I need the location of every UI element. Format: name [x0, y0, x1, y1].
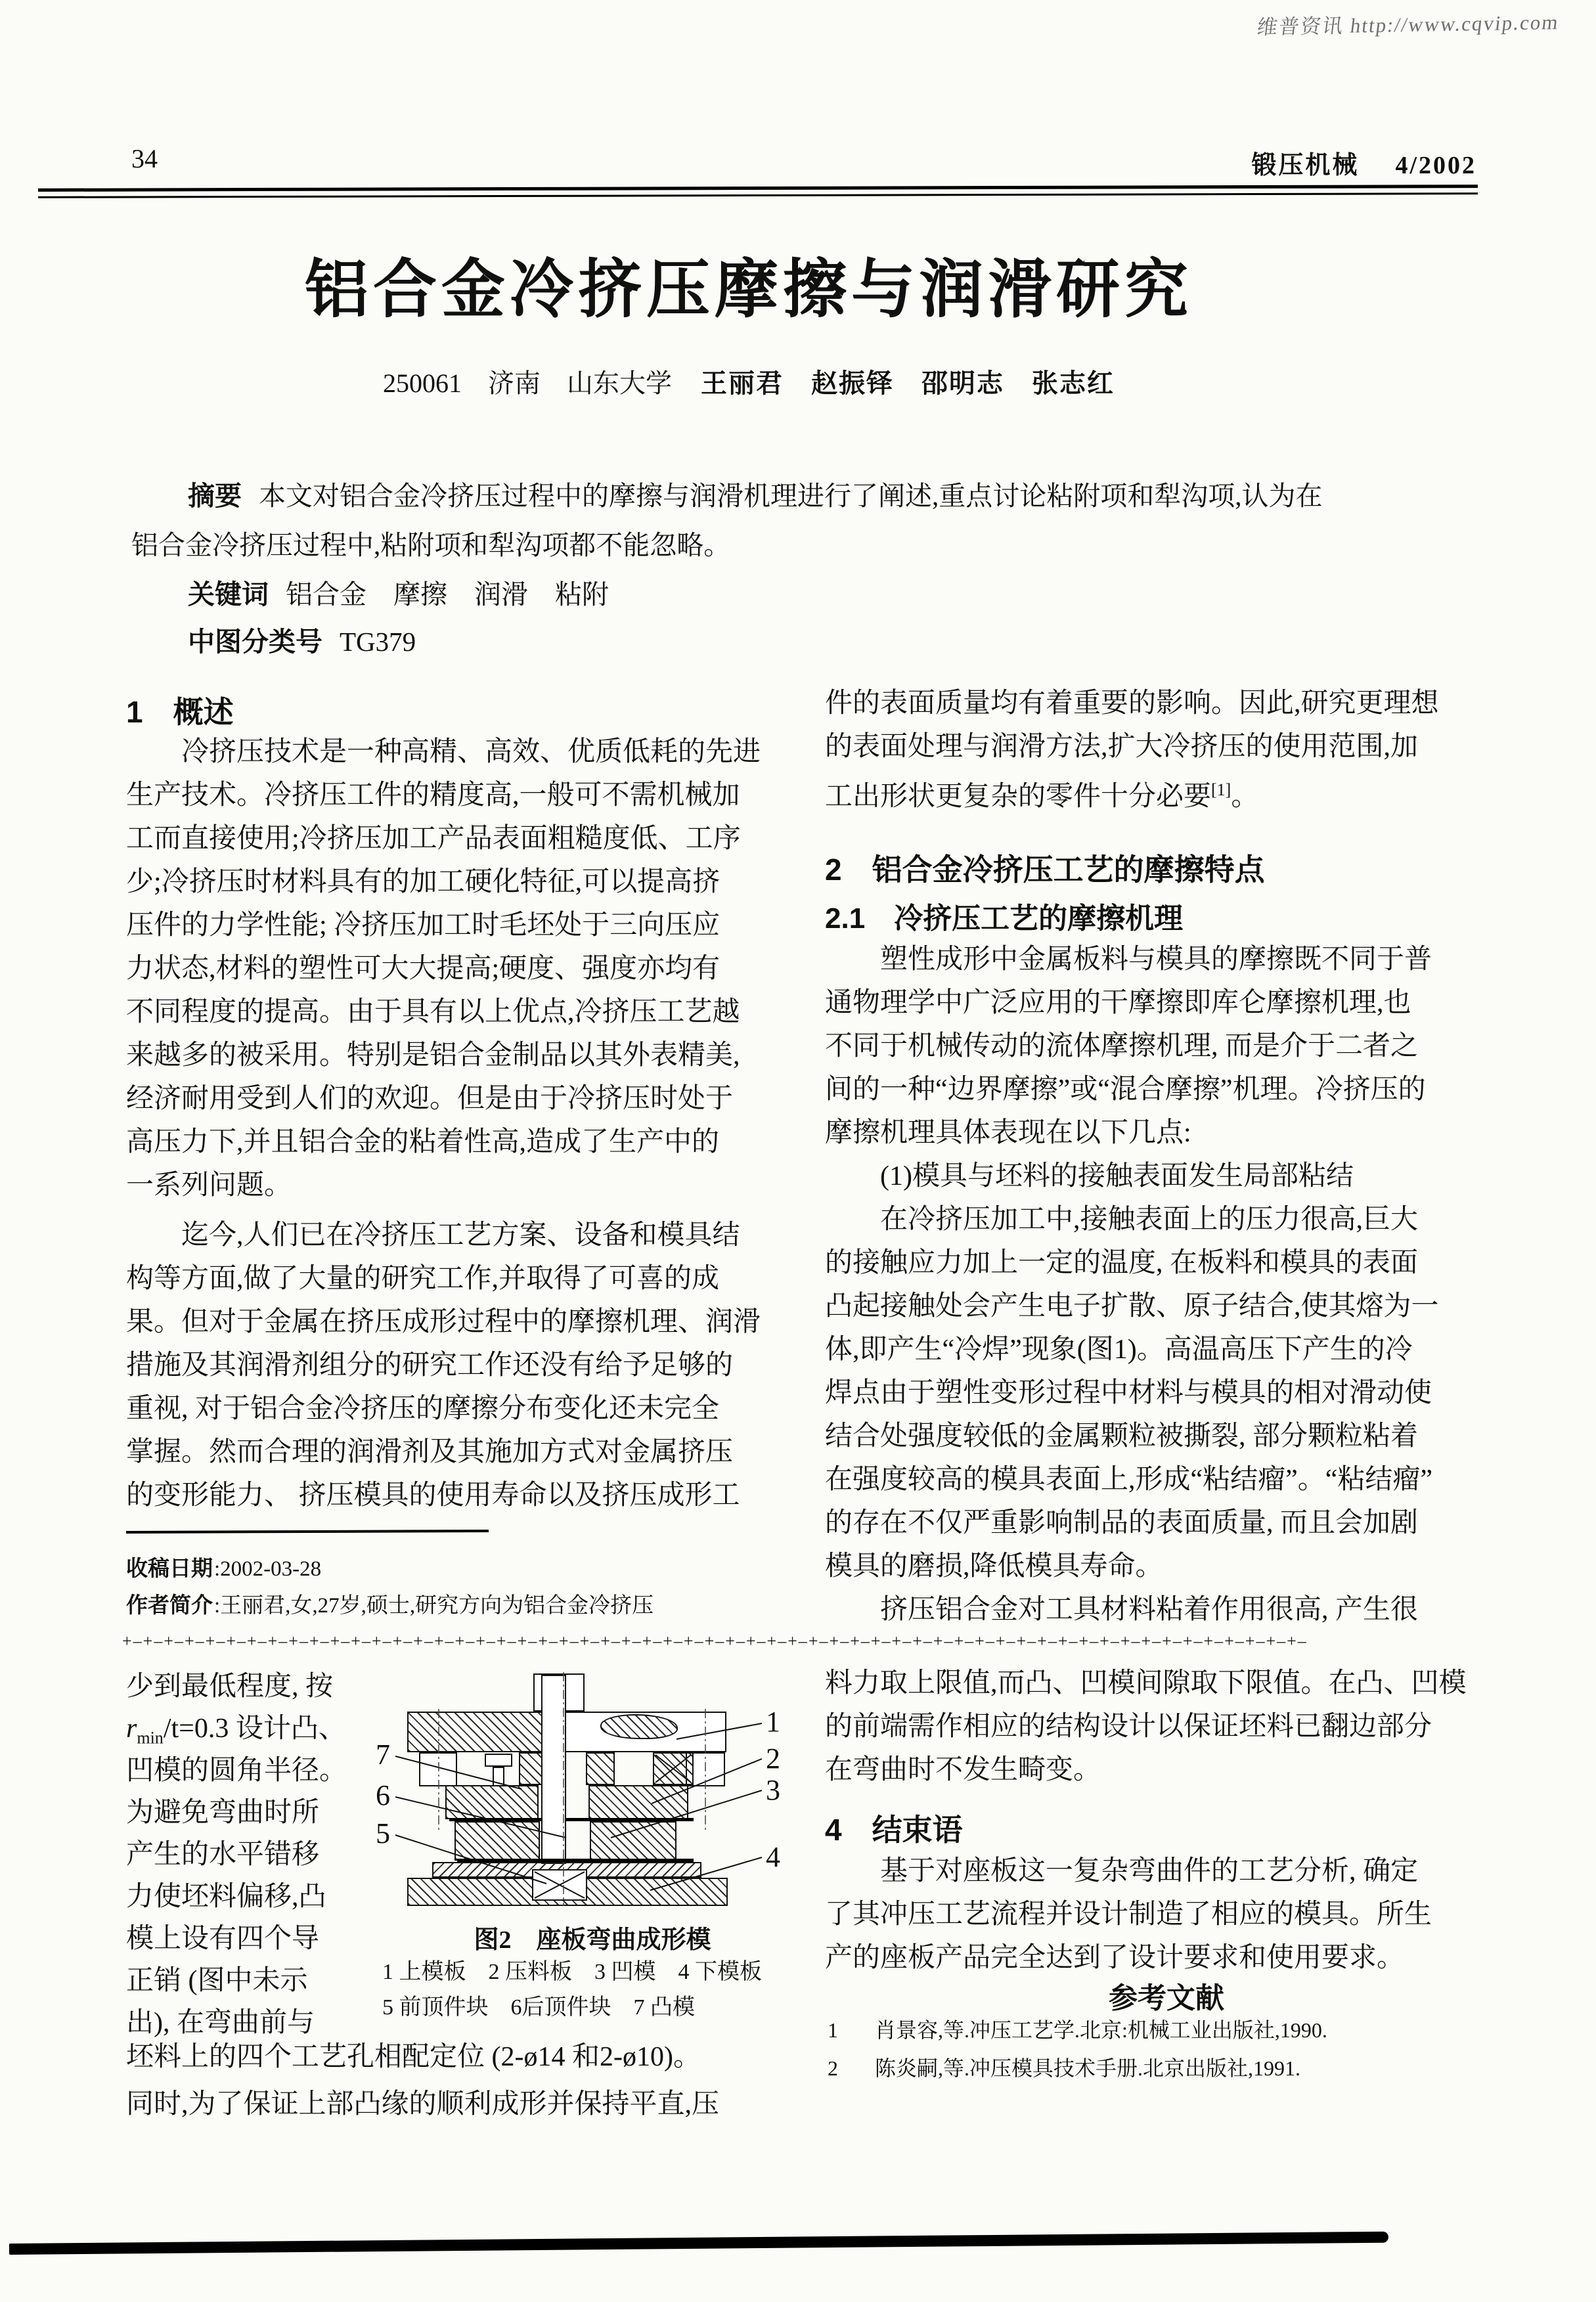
reference-number: 2: [828, 2056, 875, 2081]
body-line: 凹模的圆角半径。: [126, 1750, 369, 1792]
reference-item: 2陈炎嗣,等.冲压模具技术手册.北京出版社,1991.: [828, 2052, 1300, 2082]
watermark: 维普资讯 http://www.cqvip.com: [1256, 5, 1561, 40]
body-line: 不同于机械传动的流体摩擦机理, 而是介于二者之: [825, 1025, 1511, 1068]
section-2-heading: 2 铝合金冷挤压工艺的摩擦特点: [825, 846, 1265, 889]
body-line: 同时,为了保证上部凸缘的顺利成形并保持平直,压: [126, 2081, 816, 2128]
body-line: 挤压铝合金对工具材料粘着作用很高, 产生很: [825, 1588, 1511, 1631]
journal-issue: 锻压机械 4/2002: [1251, 144, 1476, 181]
citation-mark: [1]: [1211, 780, 1231, 799]
body-line: 了其冲压工艺流程并设计制造了相应的模具。所生: [825, 1893, 1511, 1936]
body-line: 间的一种“边界摩擦”或“混合摩擦”机理。冷挤压的: [825, 1068, 1511, 1111]
part-label-4: 4: [766, 1843, 780, 1872]
references-heading: 参考文献: [825, 1974, 1508, 2016]
clc-line: 中图分类号TG379: [188, 620, 416, 659]
body-line: 结合处强度较低的金属颗粒被撕裂, 部分颗粒粘着: [825, 1415, 1511, 1458]
body-line: 来越多的被采用。特别是铝合金制品以其外表精美,: [126, 1034, 812, 1077]
issue-number: 4/2002: [1395, 152, 1476, 179]
reference-text: 陈炎嗣,等.冲压模具技术手册.北京出版社,1991.: [875, 2056, 1300, 2080]
body-line: 构等方面,做了大量的研究工作,并取得了可喜的成: [126, 1257, 812, 1300]
body-line: 措施及其润滑剂组分的研究工作还没有给予足够的: [126, 1344, 812, 1387]
part-label-1: 1: [766, 1708, 780, 1737]
author-bio-label: 作者简介: [126, 1593, 213, 1617]
abstract-line-1: 摘要本文对铝合金冷挤压过程中的摩擦与润滑机理进行了阐述,重点讨论粘附项和犁沟项,…: [131, 474, 1497, 513]
body-line: 通物理学中广泛应用的干摩擦即库仑摩擦机理,也: [825, 981, 1511, 1025]
footnote-rule: [126, 1530, 489, 1534]
reference-text: 肖景容,等.冲压工艺学.北京:机械工业出版社,1990.: [875, 2018, 1327, 2042]
formula-subscript: min: [137, 1728, 163, 1747]
figure-caption: 图2 座板弯曲成形模: [369, 1919, 816, 1955]
figure-2-die-drawing: 1 2 3 4 7 6 5: [369, 1672, 816, 1907]
author-names: 王丽君 赵振铎 邵明志 张志红: [701, 368, 1115, 398]
bottom-right-para-b: 基于对座板这一复杂弯曲件的工艺分析, 确定 了其冲压工艺流程并设计制造了相应的模…: [825, 1849, 1511, 1980]
abstract-text-1: 本文对铝合金冷挤压过程中的摩擦与润滑机理进行了阐述,重点讨论粘附项和犁沟项,认为…: [259, 481, 1323, 511]
body-line: 掌握。然而合理的润滑剂及其施加方式对金属挤压: [126, 1430, 812, 1474]
body-line: 果。但对于金属在挤压成形过程中的摩擦机理、润滑: [126, 1300, 812, 1344]
body-line: 凸起接触处会产生电子扩散、原子结合,使其熔为一: [825, 1285, 1511, 1328]
right-column: 塑性成形中金属板料与模具的摩擦既不同于普 通物理学中广泛应用的干摩擦即库仑摩擦机…: [825, 938, 1511, 1631]
part-label-7: 7: [376, 1740, 390, 1769]
part-label-2: 2: [766, 1744, 780, 1773]
body-line: 模具的磨损,降低模具寿命。: [825, 1545, 1511, 1588]
body-line: 的变形能力、 挤压模具的使用寿命以及挤压成形工: [126, 1474, 812, 1517]
body-line: 的前端需作相应的结构设计以保证坯料已翻边部分: [825, 1705, 1511, 1748]
bottom-left-wide-lines: 坯料上的四个工艺孔相配定位 (2-ø14 和2-ø10)。 同时,为了保证上部凸…: [126, 2033, 816, 2128]
part-label-6: 6: [376, 1781, 390, 1810]
body-line: 冷挤压技术是一种高精、高效、优质低耗的先进: [126, 730, 812, 774]
section-4-heading: 4 结束语: [825, 1806, 963, 1849]
part-label-5: 5: [376, 1819, 390, 1848]
body-line: 产生的水平错移: [126, 1834, 369, 1876]
keywords-text: 铝合金 摩擦 润滑 粘附: [286, 579, 609, 609]
body-line: 料力取上限值,而凸、凹模间隙取下限值。在凸、凹模: [825, 1662, 1511, 1705]
body-line: 经济耐用受到人们的欢迎。但是由于冷挤压时处于: [126, 1077, 812, 1120]
body-line: 模上设有四个导: [126, 1918, 369, 1960]
body-line: 少到最低程度, 按: [126, 1666, 369, 1708]
body-line: 生产技术。冷挤压工件的精度高,一般可不需机械加: [126, 774, 812, 817]
body-line: 体,即产生“冷焊”现象(图1)。高温高压下产生的冷: [825, 1328, 1511, 1371]
section-1-heading: 1 概述: [126, 688, 234, 732]
body-line: 在强度较高的模具表面上,形成“粘结瘤”。“粘结瘤”: [825, 1458, 1511, 1501]
body-line: 在弯曲时不发生畸变。: [825, 1748, 1511, 1792]
body-line: 力使坯料偏移,凸: [126, 1876, 369, 1918]
bottom-left-narrow-column: 少到最低程度, 按 rmin/t=0.3 设计凸、 凹模的圆角半径。 为避免弯曲…: [126, 1666, 369, 2044]
body-line: 力状态,材料的塑性可大大提高;硬度、强度亦均有: [126, 947, 812, 990]
body-line: 塑性成形中金属板料与模具的摩擦既不同于普: [825, 938, 1511, 981]
keywords-line: 关键词铝合金 摩擦 润滑 粘附: [188, 573, 609, 611]
page-number: 34: [131, 143, 158, 174]
body-line: 正销 (图中未示: [126, 1960, 369, 2002]
keywords-label: 关键词: [188, 579, 269, 609]
body-line: 工出形状更复杂的零件十分必要[1]。: [825, 768, 1511, 812]
author-bio-value: :王丽君,女,27岁,硕士,研究方向为铝合金冷挤压: [214, 1594, 654, 1618]
body-line: 的存在不仅严重影响制品的表面质量, 而且会加剧: [825, 1501, 1511, 1545]
scan-artifact-bar: [9, 2232, 1388, 2255]
abstract-line-2: 铝合金冷挤压过程中,粘附项和犁沟项都不能忽略。: [131, 523, 1497, 562]
body-line: 不同程度的提高。由于具有以上优点,冷挤压工艺越: [126, 990, 812, 1034]
body-line: 坯料上的四个工艺孔相配定位 (2-ø14 和2-ø10)。: [126, 2033, 816, 2081]
right-column-top: 件的表面质量均有着重要的影响。因此,研究更理想 的表面处理与润滑方法,扩大冷挤压…: [825, 682, 1511, 812]
received-date: 收稿日期:2002-03-28: [126, 1551, 321, 1582]
article-divider: +–+–+–+–+–+–+–+–+–+–+–+–+–+–+–+–+–+–+–+–…: [122, 1631, 1478, 1651]
header-rule: [38, 185, 1478, 198]
body-line: 件的表面质量均有着重要的影响。因此,研究更理想: [825, 682, 1511, 725]
author-affiliation: 250061 济南 山东大学: [383, 368, 672, 398]
body-line: 重视, 对于铝合金冷挤压的摩擦分布变化还未完全: [126, 1387, 812, 1430]
formula-variable: r: [126, 1714, 137, 1744]
journal-name: 锻压机械: [1251, 152, 1359, 179]
reference-item: 1肖景容,等.冲压工艺学.北京:机械工业出版社,1990.: [828, 2014, 1327, 2044]
body-line: 为避免弯曲时所: [126, 1792, 369, 1834]
body-line: 压件的力学性能; 冷挤压加工时毛坯处于三向压应: [126, 904, 812, 947]
body-line: 基于对座板这一复杂弯曲件的工艺分析, 确定: [825, 1849, 1511, 1893]
abstract-label: 摘要: [188, 481, 242, 511]
section-2-1-heading: 2.1 冷挤压工艺的摩擦机理: [825, 895, 1183, 937]
figure-leader-lines: [369, 1672, 816, 1907]
body-line: 少;冷挤压时材料具有的加工硬化特征,可以提高挤: [126, 860, 812, 904]
left-column: 冷挤压技术是一种高精、高效、优质低耗的先进 生产技术。冷挤压工件的精度高,一般可…: [126, 730, 812, 1517]
formula-rest: /t=0.3 设计凸、: [164, 1714, 346, 1744]
figure-legend-line-2: 5 前顶件块 6后顶件块 7 凸模: [382, 1989, 695, 2021]
reference-number: 1: [828, 2018, 875, 2043]
body-line: (1)模具与坯料的接触表面发生局部粘结: [825, 1155, 1511, 1198]
page-title: 铝合金冷挤压摩擦与润滑研究: [53, 238, 1445, 330]
body-line: 的表面处理与润滑方法,扩大冷挤压的使用范围,加: [825, 725, 1511, 768]
body-line: 产的座板产品完全达到了设计要求和使用要求。: [825, 1936, 1511, 1980]
body-line: 摩擦机理具体表现在以下几点:: [825, 1111, 1511, 1155]
received-date-value: :2002-03-28: [214, 1557, 321, 1581]
bottom-right-para-a: 料力取上限值,而凸、凹模间隙取下限值。在凸、凹模 的前端需作相应的结构设计以保证…: [825, 1662, 1511, 1792]
body-text: 。: [1231, 782, 1258, 812]
body-line: 一系列问题。: [126, 1164, 812, 1207]
figure-legend-line-1: 1 上模板 2 压料板 3 凹模 4 下模板: [382, 1953, 762, 1985]
author-bio: 作者简介:王丽君,女,27岁,硕士,研究方向为铝合金冷挤压: [126, 1588, 654, 1619]
formula-line: rmin/t=0.3 设计凸、: [126, 1708, 369, 1750]
body-text: 工出形状更复杂的零件十分必要: [825, 782, 1211, 812]
body-line: 在冷挤压加工中,接触表面上的压力很高,巨大: [825, 1198, 1511, 1241]
clc-label: 中图分类号: [188, 627, 322, 657]
received-date-label: 收稿日期: [126, 1556, 213, 1580]
body-line: 迄今,人们已在冷挤压工艺方案、设备和模具结: [126, 1214, 812, 1257]
authors-line: 250061 济南 山东大学 王丽君 赵振铎 邵明志 张志红: [53, 363, 1445, 400]
part-label-3: 3: [766, 1776, 780, 1805]
body-line: 高压力下,并且铝合金的粘着性高,造成了生产中的: [126, 1120, 812, 1164]
clc-text: TG379: [340, 627, 416, 657]
body-line: 的接触应力加上一定的温度, 在板料和模具的表面: [825, 1241, 1511, 1285]
body-line: 工而直接使用;冷挤压加工产品表面粗糙度低、工序: [126, 817, 812, 860]
body-line: 焊点由于塑性变形过程中材料与模具的相对滑动使: [825, 1371, 1511, 1415]
